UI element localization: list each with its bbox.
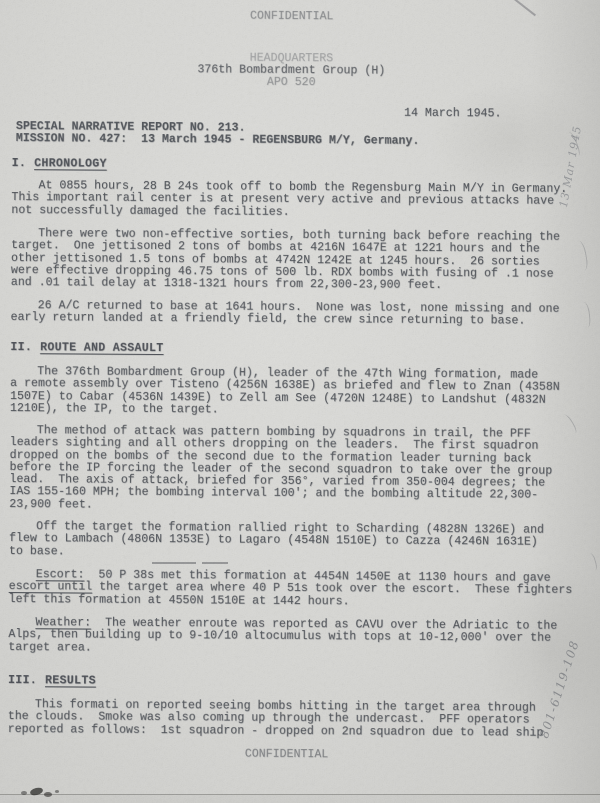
weather-text: The weather enroute was reported as CAVU… <box>8 617 557 655</box>
letterhead-apo: APO 520 <box>2 75 580 91</box>
section-heading-results: III.RESULTS <box>8 675 96 688</box>
route-paragraph-2: The method of attack was pattern bombing… <box>9 425 598 515</box>
scanned-report-page: CONFIDENTIAL HEADQUARTERS 376th Bombardm… <box>0 0 600 803</box>
section-numeral: I. <box>12 157 27 170</box>
section-title: CHRONOLOGY <box>34 157 107 171</box>
escort-text-2: the target area where 40 P 51s took over… <box>9 581 573 608</box>
section-title: ROUTE AND ASSAULT <box>40 341 163 355</box>
route-paragraph-1: The 376th Bombardment Group (H), leader … <box>10 366 598 419</box>
escort-paragraph: Escort: 50 P 38s met this formation at 4… <box>9 569 597 610</box>
results-paragraph-1: This formati on reported seeing bombs hi… <box>8 699 596 740</box>
date-line: 14 March 1945. <box>404 108 501 121</box>
classification-header: CONFIDENTIAL <box>3 9 581 25</box>
chronology-paragraph-3: 26 A/C returned to base at 1641 hours. N… <box>11 300 599 329</box>
section-numeral: II. <box>10 341 32 354</box>
section-heading-route-and-assault: II.ROUTE AND ASSAULT <box>10 342 163 355</box>
ink-blot <box>55 790 59 793</box>
stray-dash-mark <box>202 562 228 564</box>
chronology-paragraph-2: There were two non-effective sorties, bo… <box>11 228 599 294</box>
stray-dash-mark <box>152 562 196 564</box>
mission-line: MISSION NO. 427: 13 March 1945 - REGENSB… <box>16 133 420 148</box>
section-title: RESULTS <box>45 674 96 687</box>
chronology-paragraph-1: At 0855 hours, 28 B 24s took off to bomb… <box>11 180 599 221</box>
weather-paragraph: Weather: The weather enroute was reporte… <box>8 617 596 658</box>
typed-text-layer: CONFIDENTIAL HEADQUARTERS 376th Bombardm… <box>0 0 600 803</box>
ink-blot <box>44 792 52 797</box>
scan-edge-strip <box>0 795 600 803</box>
section-numeral: III. <box>8 674 37 687</box>
route-paragraph-3: Off the target the formation rallied rig… <box>9 521 597 562</box>
section-heading-chronology: I.CHRONOLOGY <box>12 158 107 171</box>
classification-footer: CONFIDENTIAL <box>0 747 576 763</box>
ink-blot <box>21 791 27 795</box>
